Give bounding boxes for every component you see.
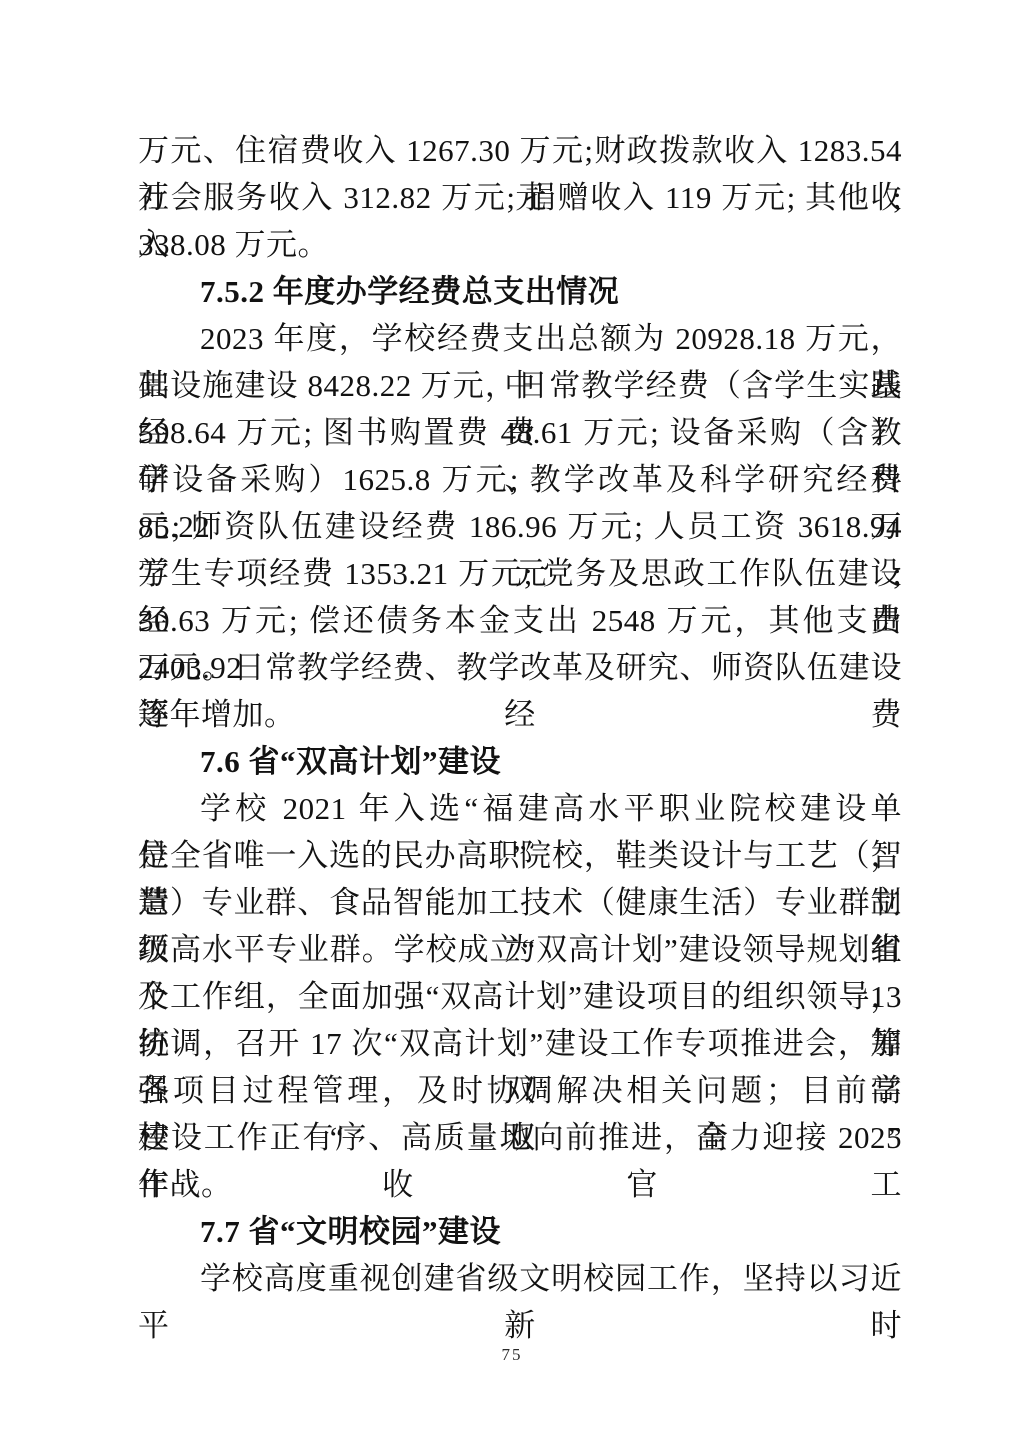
text-line: 级高水平专业群。学校成立“双高计划”建设领导规划组及 13	[138, 926, 902, 973]
text-line: 学校高度重视创建省级文明校园工作，坚持以习近平新时	[138, 1255, 902, 1302]
text-line: 598.64 万元; 图书购置费 48.61 万元; 设备采购（含教学、科	[138, 409, 902, 456]
shuanggao-paragraph: 学校 2021 年入选“福建高水平职业院校建设单位”，是全省唯一入选的民办高职院…	[138, 785, 902, 1208]
section-heading-7-5-2: 7.5.2 年度办学经费总支出情况	[138, 268, 902, 315]
text-line: 338.08 万元。	[138, 221, 902, 268]
text-line: 各项目过程管理，及时协调解决相关问题；目前学校“双高”	[138, 1067, 902, 1114]
document-page: 万元、住宿费收入 1267.30 万元;财政拨款收入 1283.54 万元;社会…	[0, 0, 1024, 1448]
text-line: 学生专项经费 1353.21 万元; 党务及思政工作队伍建设经费	[138, 550, 902, 597]
text-line: 7.6 省“双高计划”建设	[138, 738, 902, 785]
page-number: 75	[502, 1345, 523, 1364]
text-line: 造）专业群、食品智能加工技术（健康生活）专业群立项为省	[138, 879, 902, 926]
text-line: 万元。日常教学经费、教学改革及研究、师资队伍建设等经费	[138, 644, 902, 691]
text-line: 个工作组，全面加强“双高计划”建设项目的组织领导，统筹	[138, 973, 902, 1020]
text-line: 万元、住宿费收入 1267.30 万元;财政拨款收入 1283.54 万元;	[138, 127, 902, 174]
text-line: 础设施建设 8428.22 万元，日常教学经费（含学生实践经费）	[138, 362, 902, 409]
text-line: 研设备采购）1625.8 万元; 教学改革及科学研究经费 85.22 万	[138, 456, 902, 503]
civilized-campus-paragraph: 学校高度重视创建省级文明校园工作，坚持以习近平新时	[138, 1255, 902, 1302]
text-line: 社会服务收入 312.82 万元; 捐赠收入 119 万元; 其他收入	[138, 174, 902, 221]
text-line: 2023 年度，学校经费支出总额为 20928.18 万元，其中基	[138, 315, 902, 362]
page-footer: 75	[0, 1345, 1024, 1365]
section-heading-7-6: 7.6 省“双高计划”建设	[138, 738, 902, 785]
text-line: 学校 2021 年入选“福建高水平职业院校建设单位”，	[138, 785, 902, 832]
document-content: 万元、住宿费收入 1267.30 万元;财政拨款收入 1283.54 万元;社会…	[138, 127, 902, 1302]
text-line: 元; 师资队伍建设经费 186.96 万元; 人员工资 3618.94 万元;	[138, 503, 902, 550]
text-line: 建设工作正有序、高质量地向前推进，全力迎接 2025 年收官工	[138, 1114, 902, 1161]
expenditure-paragraph: 2023 年度，学校经费支出总额为 20928.18 万元，其中基础设施建设 8…	[138, 315, 902, 738]
section-heading-7-7: 7.7 省“文明校园”建设	[138, 1208, 902, 1255]
text-line: 7.5.2 年度办学经费总支出情况	[138, 268, 902, 315]
text-line: 7.7 省“文明校园”建设	[138, 1208, 902, 1255]
income-paragraph-continued: 万元、住宿费收入 1267.30 万元;财政拨款收入 1283.54 万元;社会…	[138, 127, 902, 268]
text-line: 30.63 万元; 偿还债务本金支出 2548 万元，其他支出 2403.92	[138, 597, 902, 644]
text-line: 协调，召开 17 次“双高计划”建设工作专项推进会，加强双高	[138, 1020, 902, 1067]
text-line: 是全省唯一入选的民办高职院校，鞋类设计与工艺（智慧制	[138, 832, 902, 879]
